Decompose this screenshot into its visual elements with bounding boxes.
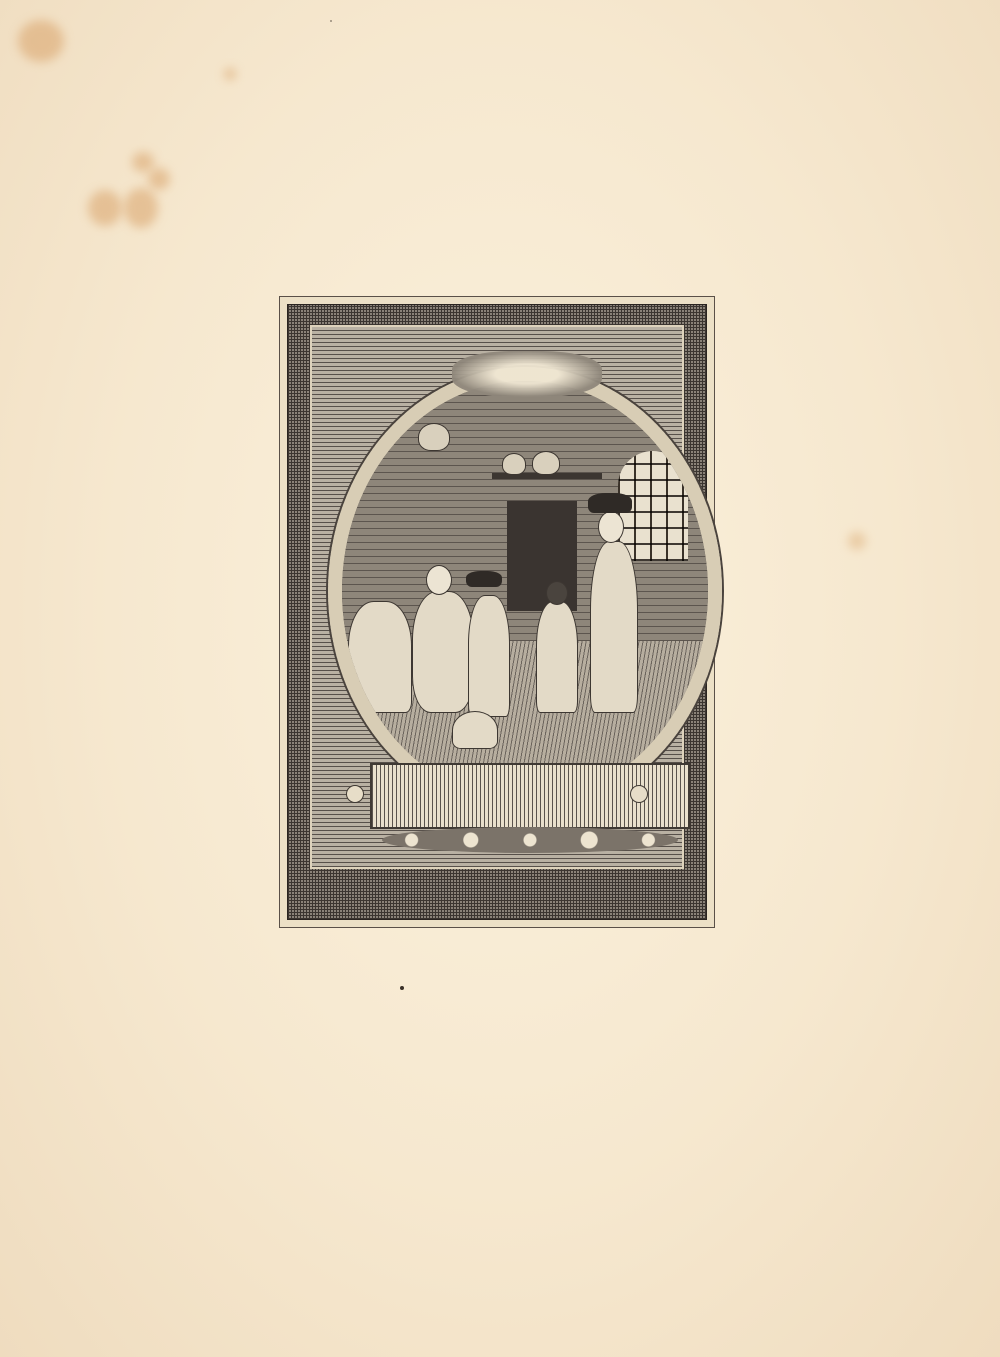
foxing-stain [848, 532, 866, 550]
child-head [546, 581, 568, 605]
kneeling-woman [412, 591, 474, 713]
pot [532, 451, 560, 475]
oval-medallion [328, 367, 722, 815]
engraving-plate [279, 296, 715, 928]
foxing-stain [88, 190, 122, 226]
rosette-right [630, 785, 648, 803]
man-head [598, 511, 624, 543]
ink-speck [330, 20, 332, 22]
foxing-stain [132, 152, 154, 172]
boy-in-hat [468, 595, 510, 717]
foxing-stain [18, 20, 64, 62]
woman-head [426, 565, 452, 595]
seated-infant [452, 711, 498, 749]
hatched-outer-frame [287, 304, 707, 920]
foxing-stain [224, 68, 236, 80]
floral-garland [382, 827, 678, 853]
foxing-stain [124, 188, 158, 228]
ribbon-bow-ornament [452, 351, 602, 397]
ink-speck [400, 986, 404, 990]
pot [418, 423, 450, 451]
pot [502, 453, 526, 475]
children-group [348, 601, 412, 713]
foxing-stain [148, 168, 170, 190]
boy-hat [466, 571, 502, 587]
walking-child [536, 601, 578, 713]
man-hat [588, 493, 632, 513]
standing-man [590, 541, 638, 713]
rosette-left [346, 785, 364, 803]
hatched-inner-ground [310, 325, 684, 869]
